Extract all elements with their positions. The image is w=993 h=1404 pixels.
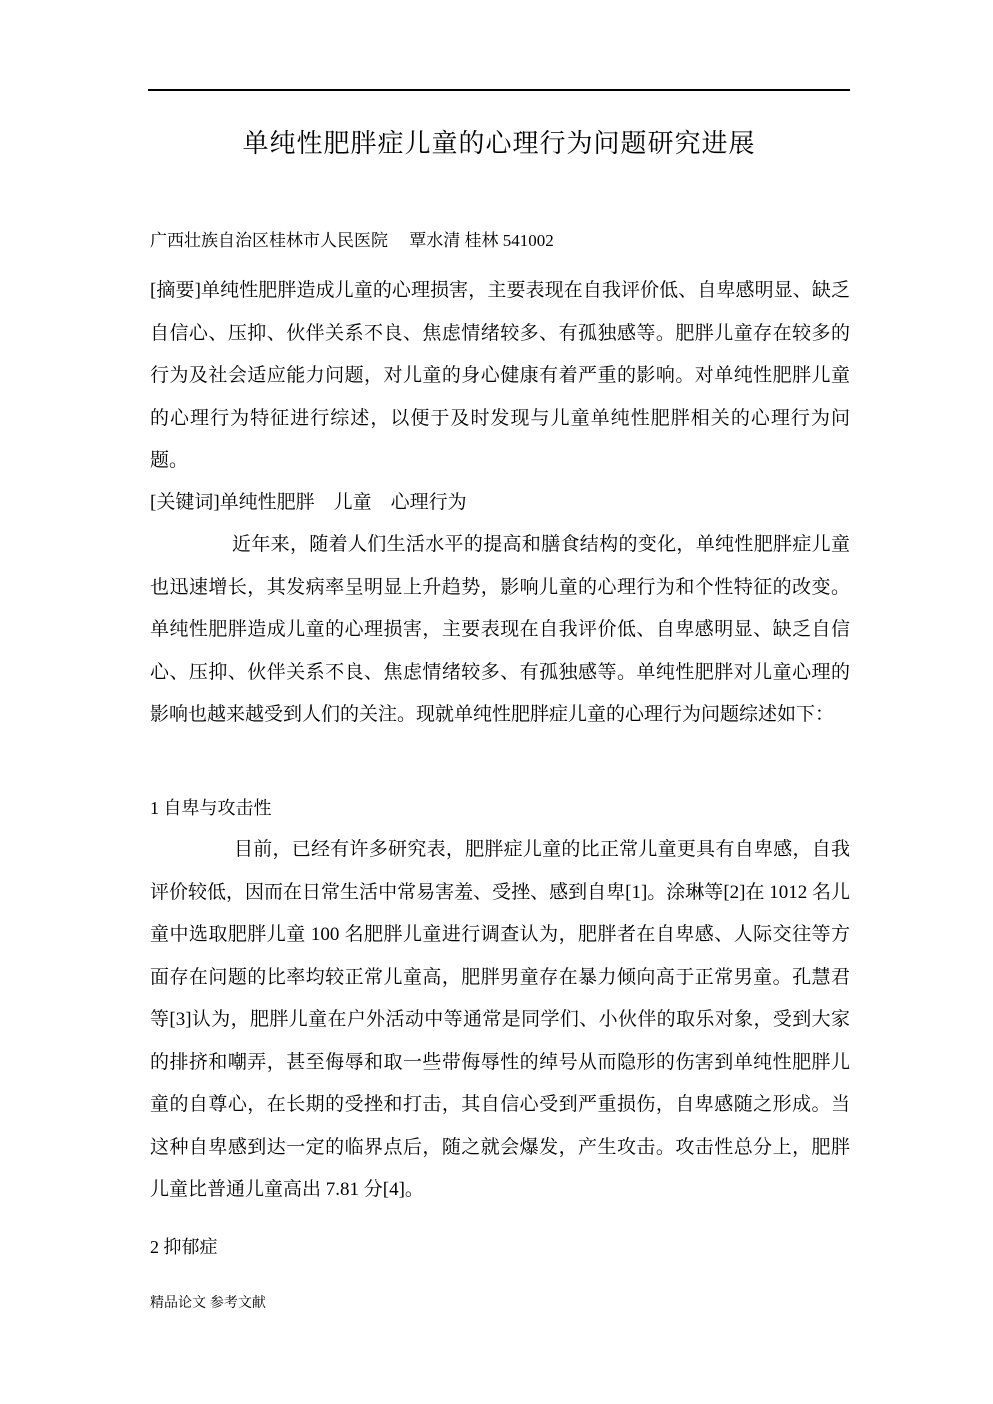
page-title: 单纯性肥胖症儿童的心理行为问题研究进展 [148,122,850,166]
header-divider [148,89,850,91]
keywords-line: [关键词]单纯性肥胖 儿童 心理行为 [150,482,850,525]
section-1-heading: 1 自卑与攻击性 [150,787,850,830]
intro-paragraph: 近年来，随着人们生活水平的提高和膳食结构的变化，单纯性肥胖症儿童也迅速增长，其发… [150,524,850,737]
section-2-heading: 2 抑郁症 [150,1226,850,1269]
section-1-paragraph: 目前，已经有许多研究表，肥胖症儿童的比正常儿童更具有自卑感，自我评价较低，因而在… [150,829,850,1212]
author-affiliation-line: 广西壮族自治区桂林市人民医院 覃水清 桂林 541002 [150,224,852,258]
document-page: 单纯性肥胖症儿童的心理行为问题研究进展 广西壮族自治区桂林市人民医院 覃水清 桂… [0,0,993,1404]
abstract-paragraph: [摘要]单纯性肥胖造成儿童的心理损害，主要表现在自我评价低、自卑感明显、缺乏自信… [150,270,850,483]
footer-label: 精品论文 参考文献 [150,1292,266,1312]
